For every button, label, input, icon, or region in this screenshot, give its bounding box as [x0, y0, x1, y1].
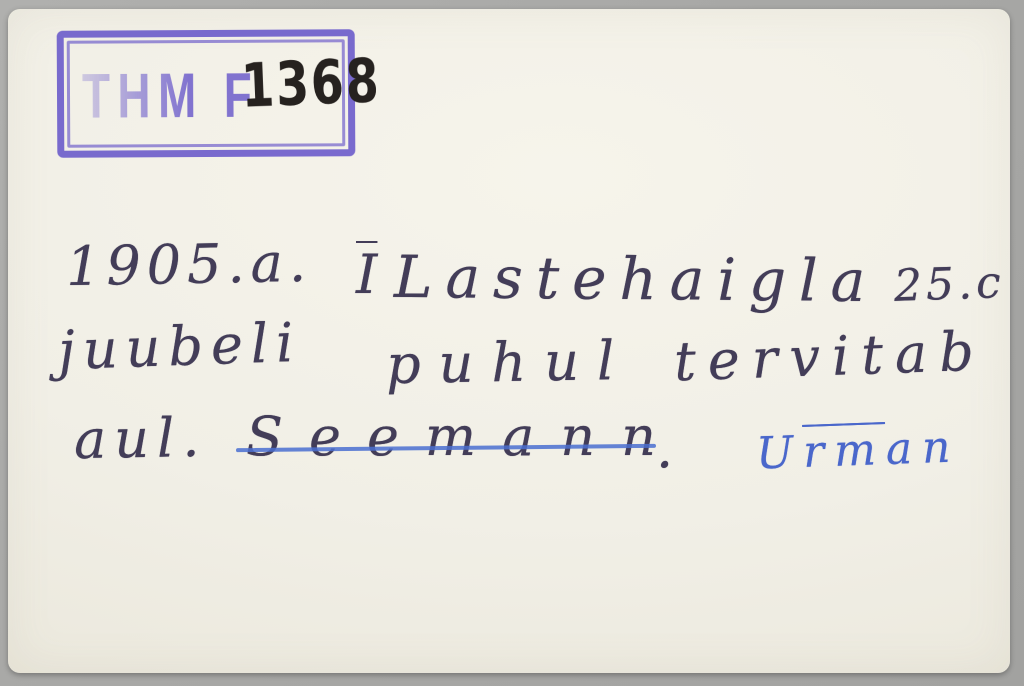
- stamp-inventory-number: 1368: [240, 45, 382, 121]
- handwritten-hospital-word: Lastehaigla: [394, 243, 879, 315]
- stamp-letters: THM F: [82, 59, 260, 133]
- correction-part-start: U: [755, 427, 804, 480]
- handwritten-name-struck: Seemann: [246, 405, 682, 468]
- handwritten-correction-name: Urman: [755, 421, 961, 479]
- handwritten-period: .: [656, 417, 673, 480]
- correction-part-end: an: [885, 421, 961, 475]
- archive-card: THM F 1368 1905.a. I Lastehaigla 25.c ju…: [8, 9, 1010, 673]
- handwritten-word-aul: aul.: [73, 406, 208, 471]
- scanner-background: THM F 1368 1905.a. I Lastehaigla 25.c ju…: [0, 0, 1024, 686]
- museum-stamp: THM F 1368: [57, 29, 356, 158]
- handwritten-anniversary: 25.c: [893, 257, 1005, 312]
- handwritten-word-juubeli: juubeli: [57, 311, 302, 382]
- handwritten-roman-numeral: I: [356, 243, 377, 306]
- handwritten-year: 1905.a.: [65, 231, 312, 298]
- correction-part-overlined: rm: [802, 424, 886, 478]
- handwritten-word-puhul: puhul: [385, 329, 632, 396]
- handwritten-word-tervitab: tervitab: [673, 320, 987, 394]
